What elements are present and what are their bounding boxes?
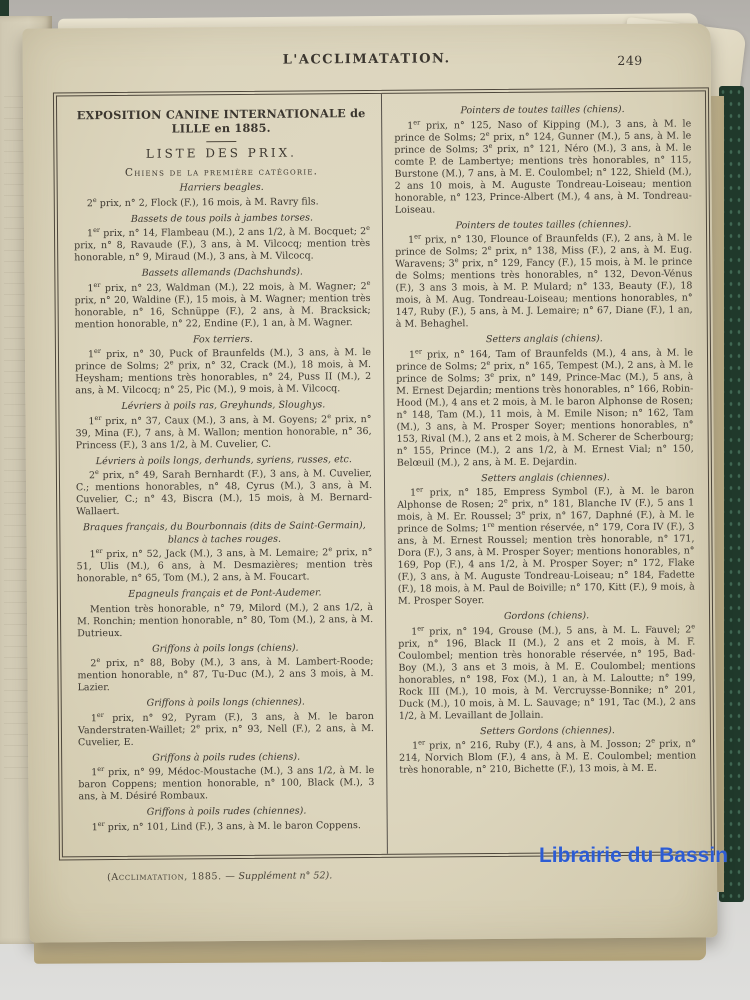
section-heading: Fox terriers. (81, 333, 365, 348)
page-footer: (Acclimatation, 1885. — Supplément n° 52… (107, 870, 332, 883)
section-body: 1er prix, n° 130, Flounce of Braunfelds … (395, 232, 693, 330)
section-heading: Pointers de toutes tailles (chiennes). (401, 218, 686, 233)
section-body: 2e prix, n° 2, Flock (F.), 16 mois, à M.… (74, 195, 370, 209)
section-heading: Gordons (chiens). (404, 609, 689, 624)
section-heading: Lévriers à poils ras, Greyhunds, Sloughy… (81, 399, 365, 414)
section-heading: Lévriers à poils longs, derhunds, syrien… (82, 454, 366, 469)
section-body: Mention très honorable, n° 79, Milord (M… (77, 601, 373, 639)
section-body: 1er prix, n° 14, Flambeau (M.), 2 ans 1/… (74, 226, 370, 264)
section-heading: Griffons à poils longs (chiens). (83, 642, 367, 657)
section-heading: Braques français, du Bourbonnais (dits d… (82, 520, 366, 547)
section-heading: Griffons à poils rudes (chiens). (84, 751, 368, 766)
section-body: 1er prix, n° 216, Ruby (F.), 4 ans, à M.… (399, 738, 696, 776)
section-body: 2e prix, n° 88, Boby (M.), 3 ans, à M. L… (77, 656, 373, 694)
section-body: 1er prix, n° 99, Médoc-Moustache (M.), 3… (78, 765, 374, 803)
exposition-title: EXPOSITION CANINE INTERNATIONALE de LILL… (73, 106, 369, 136)
section-body: 1er prix, n° 125, Naso of Kipping (M.), … (394, 118, 692, 216)
right-column: Pointers de toutes tailles (chiens).1er … (381, 91, 711, 854)
section-body: 1er prix, n° 30, Puck of Braunfelds (M.)… (75, 347, 371, 397)
section-body: 1er prix, n° 101, Lind (F.), 3 ans, à M.… (79, 819, 375, 833)
section-body: 1er prix, n° 23, Waldman (M.), 22 mois, … (74, 280, 370, 330)
page-number: 249 (617, 53, 642, 68)
section-body: 1er prix, n° 194, Grouse (M.), 5 ans, à … (398, 624, 696, 722)
masthead-rule (206, 141, 236, 142)
photo-backdrop: L'ACCLIMATATION. 249 EXPOSITION CANINE I… (0, 0, 750, 1000)
footer-journal-name: (Acclimatation, 1885. — (107, 871, 235, 883)
section-body: 1er prix, n° 164, Tam of Braunfelds (M.)… (396, 347, 694, 469)
section-heading: Griffons à poils rudes (chiennes). (85, 805, 369, 820)
book-page: L'ACCLIMATATION. 249 EXPOSITION CANINE I… (22, 23, 717, 942)
section-heading: Setters anglais (chiens). (402, 333, 687, 348)
section-heading: Setters anglais (chiennes). (403, 471, 688, 486)
section-heading: Harriers beagles. (80, 181, 364, 196)
category-line: Chiens de la première catégorie. (74, 165, 370, 179)
left-sections: Harriers beagles.2e prix, n° 2, Flock (F… (74, 181, 375, 834)
list-title: LISTE DES PRIX. (73, 146, 369, 160)
footer-supplement: Supplément n° 52). (238, 870, 332, 882)
section-heading: Bassets allemands (Dachshunds). (80, 266, 364, 281)
section-body: 1er prix, n° 37, Caux (M.), 3 ans, à M. … (75, 413, 371, 451)
section-heading: Bassets de tous poils à jambes torses. (80, 212, 364, 227)
section-heading: Griffons à poils longs (chiennes). (84, 696, 368, 711)
bookseller-watermark: Librairie du Bassin (508, 844, 728, 868)
right-sections: Pointers de toutes tailles (chiens).1er … (394, 103, 696, 776)
section-heading: Epagneuls français et de Pont-Audemer. (83, 587, 367, 602)
left-column: EXPOSITION CANINE INTERNATIONALE de LILL… (57, 94, 387, 857)
section-heading: Pointers de toutes tailles (chiens). (400, 104, 685, 119)
page-head: L'ACCLIMATATION. 249 (22, 23, 710, 74)
section-body: 1er prix, n° 92, Pyram (F.), 3 ans, à M.… (78, 710, 374, 748)
content-box: EXPOSITION CANINE INTERNATIONALE de LILL… (53, 87, 715, 860)
section-body: 1er prix, n° 52, Jack (M.), 3 ans, à M. … (77, 547, 373, 585)
section-heading: Setters Gordons (chiennes). (405, 724, 690, 739)
content-box-inner: EXPOSITION CANINE INTERNATIONALE de LILL… (56, 90, 712, 857)
section-body: 1er prix, n° 185, Empress Symbol (F.), à… (397, 485, 695, 607)
section-body: 2e prix, n° 49, Sarah Bernhardt (F.), 3 … (76, 468, 372, 518)
running-title: L'ACCLIMATATION. (23, 49, 711, 69)
